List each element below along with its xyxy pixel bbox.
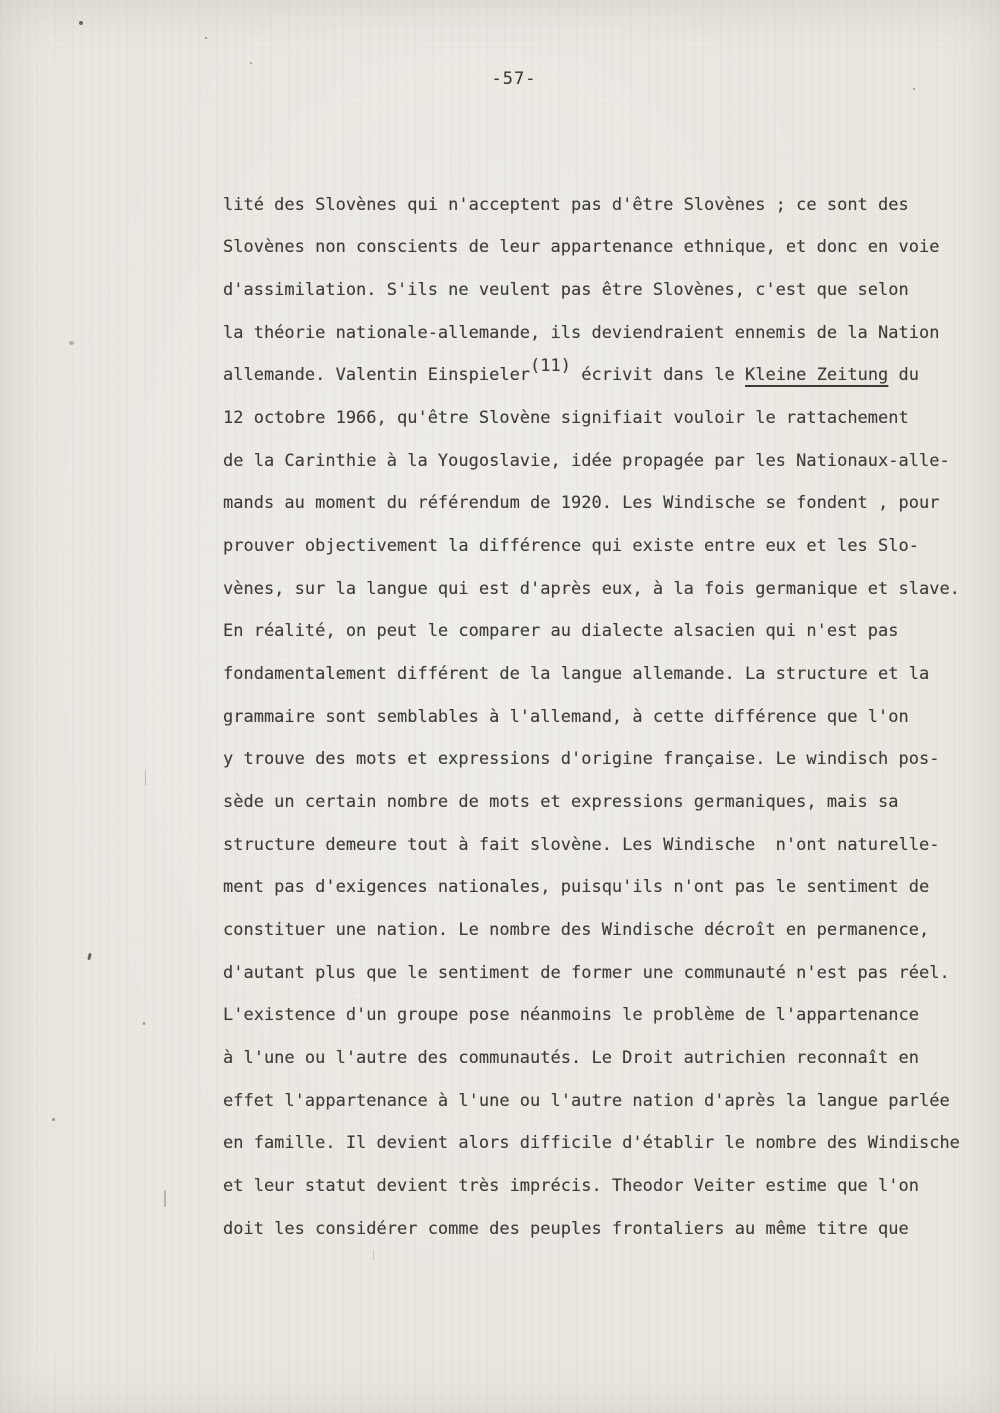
text-line: L'existence d'un groupe pose néanmoins l… bbox=[223, 994, 983, 1037]
text-segment: doit les considérer comme des peuples fr… bbox=[223, 1208, 909, 1251]
text-line: Slovènes non conscients de leur apparten… bbox=[223, 226, 983, 269]
text-line: d'assimilation. S'ils ne veulent pas êtr… bbox=[223, 269, 983, 312]
text-line: effet l'appartenance à l'une ou l'autre … bbox=[223, 1080, 983, 1123]
scan-speck bbox=[79, 21, 83, 25]
scan-streak bbox=[145, 770, 146, 786]
text-segment: sède un certain nombre de mots et expres… bbox=[223, 781, 899, 824]
text-segment: fondamentalement différent de la langue … bbox=[223, 653, 929, 696]
text-line: fondamentalement différent de la langue … bbox=[223, 653, 983, 696]
text-segment: de la Carinthie à la Yougoslavie, idée p… bbox=[223, 440, 950, 483]
text-segment: y trouve des mots et expressions d'origi… bbox=[223, 738, 939, 781]
text-line: prouver objectivement la différence qui … bbox=[223, 525, 983, 568]
text-segment-underline: Kleine Zeitung bbox=[745, 354, 888, 397]
scanned-page: -57- lité des Slovènes qui n'acceptent p… bbox=[0, 0, 1000, 1413]
text-line: allemande. Valentin Einspieler(11) écriv… bbox=[223, 354, 983, 397]
text-line: doit les considérer comme des peuples fr… bbox=[223, 1208, 983, 1251]
text-segment: En réalité, on peut le comparer au diale… bbox=[223, 610, 899, 653]
text-segment: effet l'appartenance à l'une ou l'autre … bbox=[223, 1080, 950, 1123]
text-segment: mands au moment du référendum de 1920. L… bbox=[223, 482, 939, 525]
text-line: en famille. Il devient alors difficile d… bbox=[223, 1122, 983, 1165]
text-line: ment pas d'exigences nationales, puisqu'… bbox=[223, 866, 983, 909]
text-line: 12 octobre 1966, qu'être Slovène signifi… bbox=[223, 397, 983, 440]
text-line: y trouve des mots et expressions d'origi… bbox=[223, 738, 983, 781]
text-segment: écrivit dans le bbox=[571, 354, 745, 397]
text-segment: à l'une ou l'autre des communautés. Le D… bbox=[223, 1037, 919, 1080]
text-segment: 12 octobre 1966, qu'être Slovène signifi… bbox=[223, 397, 909, 440]
text-line: grammaire sont semblables à l'allemand, … bbox=[223, 696, 983, 739]
scan-speck bbox=[205, 37, 207, 39]
text-line: d'autant plus que le sentiment de former… bbox=[223, 952, 983, 995]
text-segment: allemande. Valentin Einspieler bbox=[223, 354, 530, 397]
text-segment: constituer une nation. Le nombre des Win… bbox=[223, 909, 929, 952]
text-line: mands au moment du référendum de 1920. L… bbox=[223, 482, 983, 525]
text-segment: vènes, sur la langue qui est d'après eux… bbox=[223, 568, 960, 611]
body-text: lité des Slovènes qui n'acceptent pas d'… bbox=[223, 184, 983, 1251]
scan-speck bbox=[143, 1022, 145, 1025]
scan-speck bbox=[250, 62, 252, 64]
text-line: structure demeure tout à fait slovène. L… bbox=[223, 824, 983, 867]
scan-streak bbox=[373, 1250, 374, 1260]
scan-speck bbox=[52, 1118, 55, 1121]
text-segment: ment pas d'exigences nationales, puisqu'… bbox=[223, 866, 929, 909]
text-segment: prouver objectivement la différence qui … bbox=[223, 525, 919, 568]
text-line: lité des Slovènes qui n'acceptent pas d'… bbox=[223, 184, 983, 227]
text-segment: L'existence d'un groupe pose néanmoins l… bbox=[223, 994, 919, 1037]
text-line: la théorie nationale-allemande, ils devi… bbox=[223, 312, 983, 355]
text-segment-superscript: (11) bbox=[530, 345, 571, 388]
scan-speck bbox=[69, 341, 74, 345]
text-line: sède un certain nombre de mots et expres… bbox=[223, 781, 983, 824]
text-segment: grammaire sont semblables à l'allemand, … bbox=[223, 696, 909, 739]
text-line: de la Carinthie à la Yougoslavie, idée p… bbox=[223, 440, 983, 483]
scan-streak bbox=[164, 1190, 166, 1207]
text-line: En réalité, on peut le comparer au diale… bbox=[223, 610, 983, 653]
text-segment: la théorie nationale-allemande, ils devi… bbox=[223, 312, 939, 355]
text-segment: d'autant plus que le sentiment de former… bbox=[223, 952, 950, 995]
page-number: -57- bbox=[0, 69, 1000, 89]
text-segment: structure demeure tout à fait slovène. L… bbox=[223, 824, 939, 867]
text-line: constituer une nation. Le nombre des Win… bbox=[223, 909, 983, 952]
text-segment: et leur statut devient très imprécis. Th… bbox=[223, 1165, 919, 1208]
text-segment: du bbox=[888, 354, 919, 397]
text-segment: Slovènes non conscients de leur apparten… bbox=[223, 226, 939, 269]
scan-speck bbox=[913, 88, 915, 90]
text-line: vènes, sur la langue qui est d'après eux… bbox=[223, 568, 983, 611]
text-segment: en famille. Il devient alors difficile d… bbox=[223, 1122, 960, 1165]
text-line: à l'une ou l'autre des communautés. Le D… bbox=[223, 1037, 983, 1080]
scan-speck bbox=[87, 953, 92, 961]
text-segment: lité des Slovènes qui n'acceptent pas d'… bbox=[223, 184, 909, 227]
text-segment: d'assimilation. S'ils ne veulent pas êtr… bbox=[223, 269, 909, 312]
text-line: et leur statut devient très imprécis. Th… bbox=[223, 1165, 983, 1208]
